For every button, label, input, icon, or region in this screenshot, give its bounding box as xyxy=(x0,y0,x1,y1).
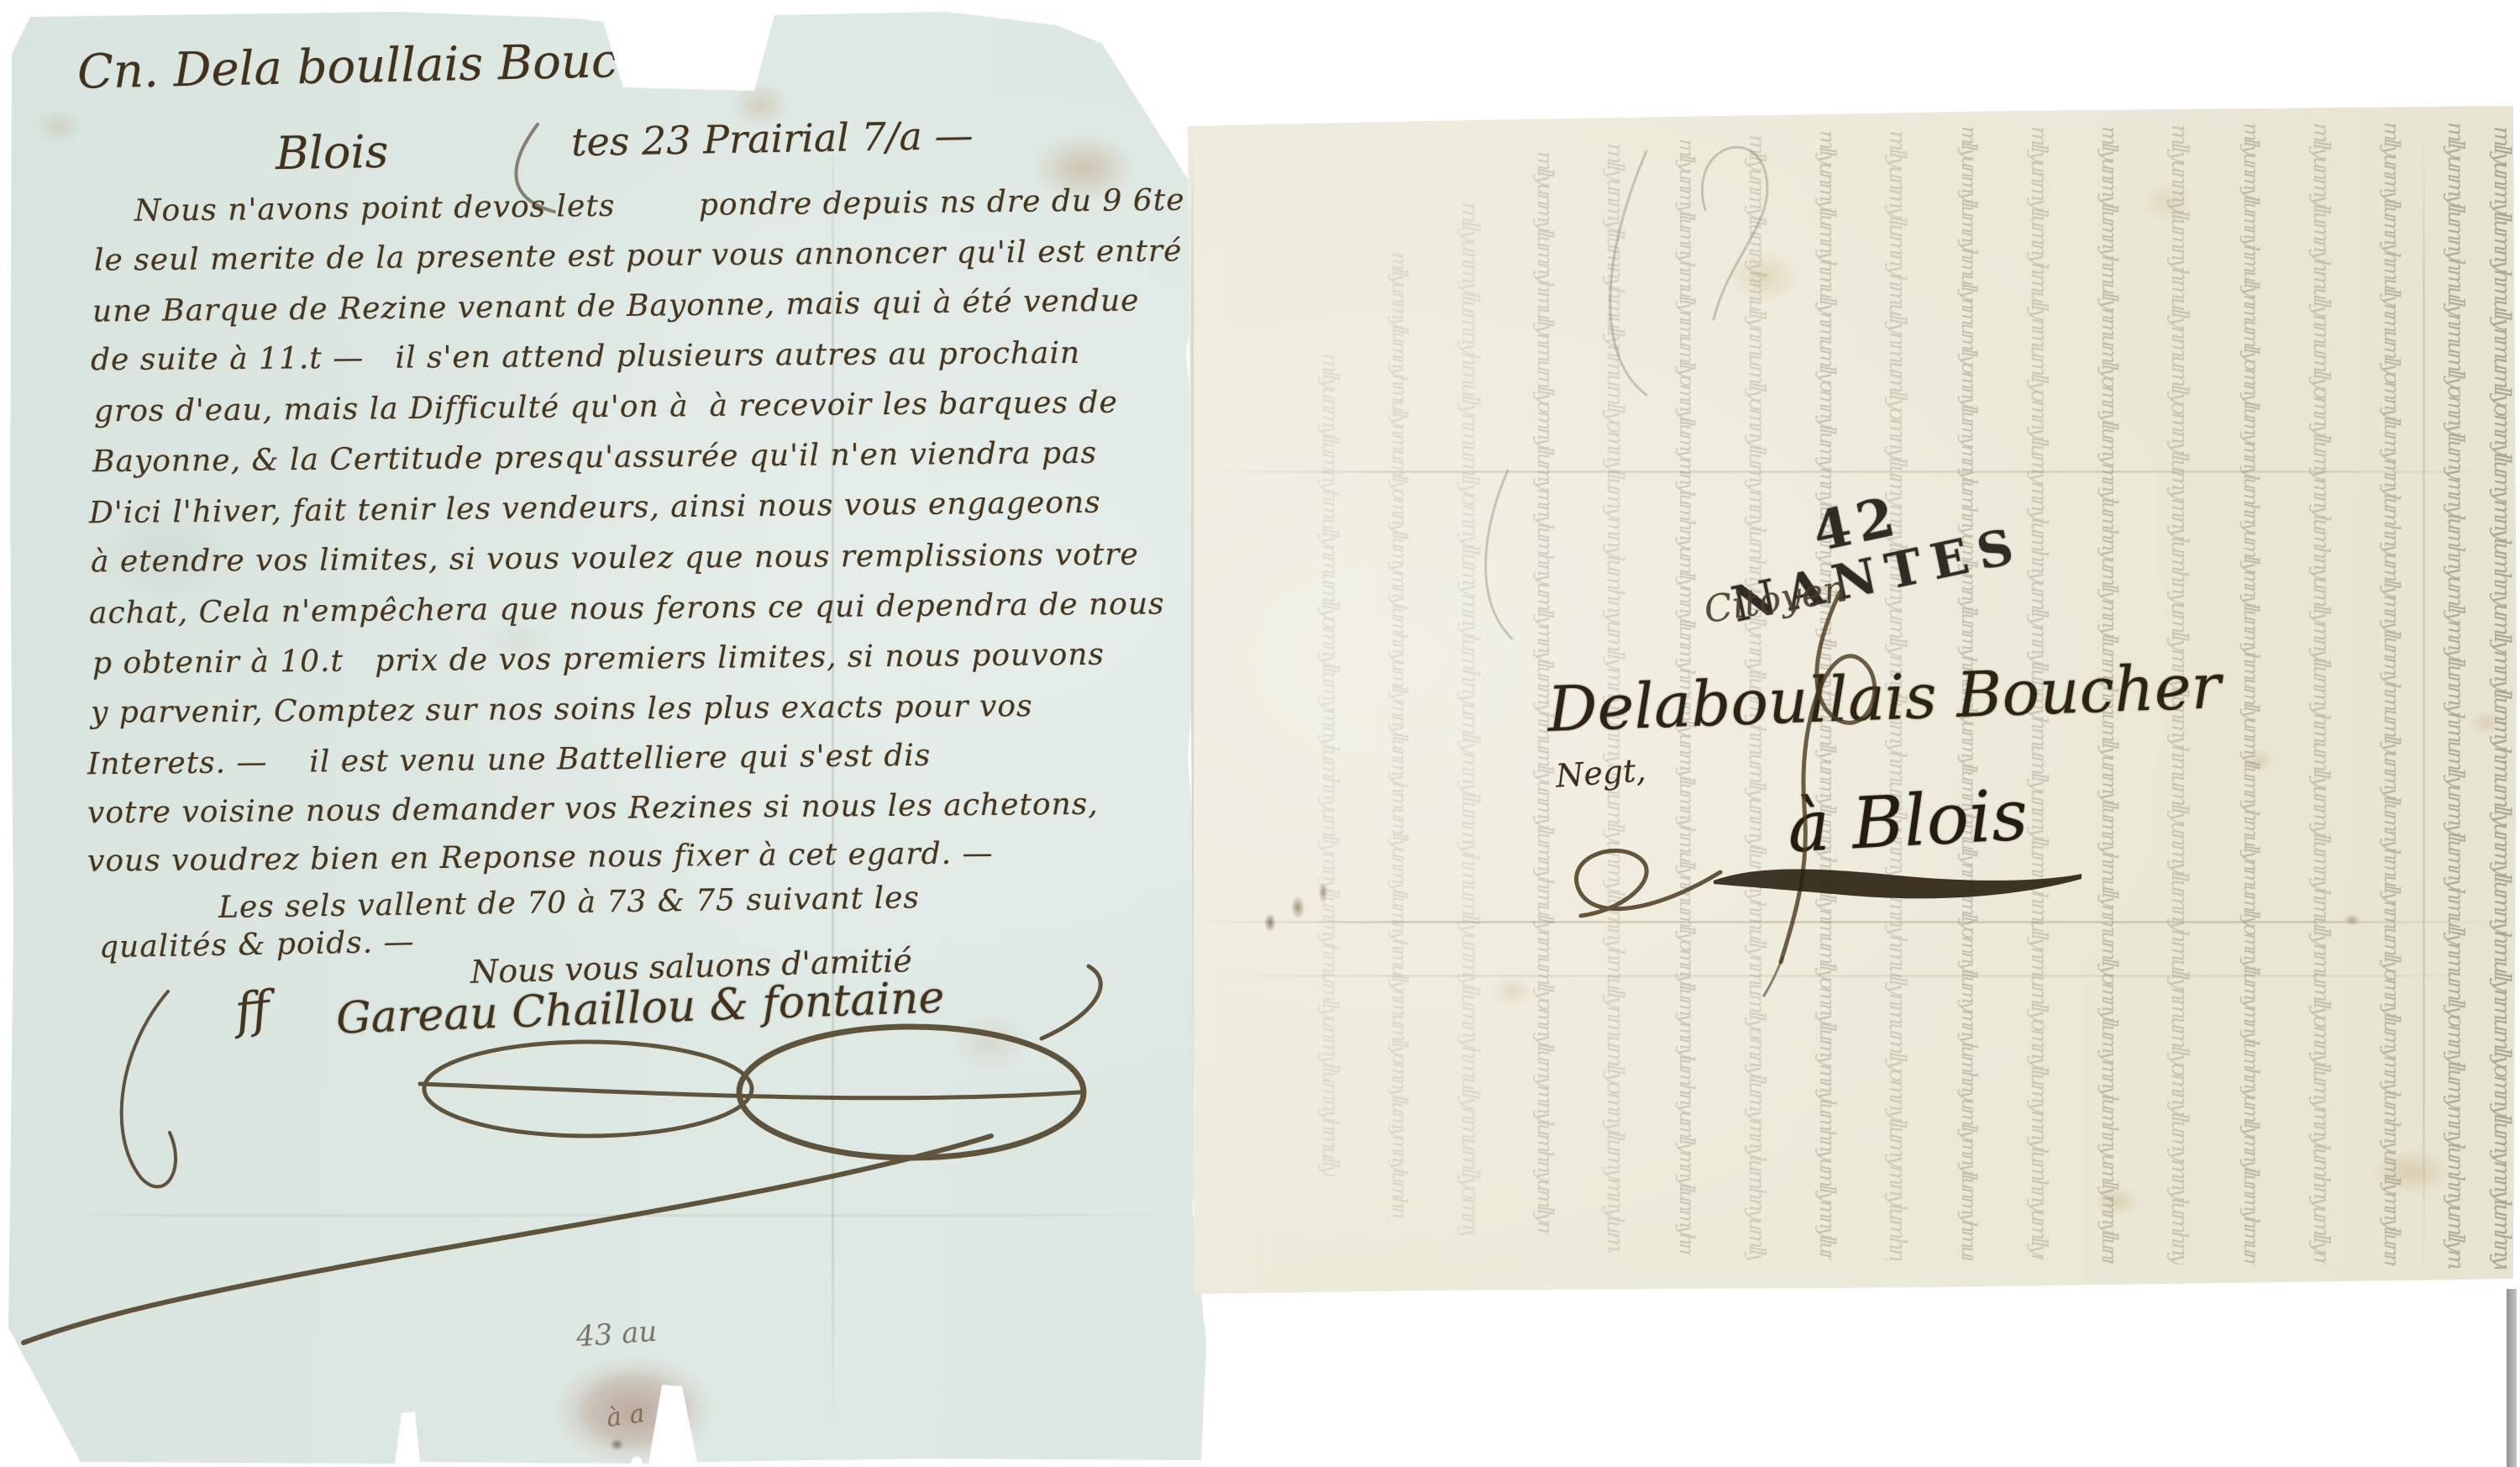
address-recipient-title: Negt, xyxy=(1555,751,1647,794)
showthrough-column: mllyunmyllumnyhmullynmumllyomnyllumymnyl… xyxy=(1310,353,1341,1176)
recipient-header-name: Cn. Dela boullais Boucher xyxy=(76,32,698,99)
body-line: de suite à 11.t — il s'en attend plusieu… xyxy=(91,336,1080,377)
body-line: p obtenir à 10.t prix de vos premiers li… xyxy=(92,638,1105,681)
right-fold-crease-top xyxy=(1193,471,2512,473)
body-line: y parvenir, Comptez sur nos soins les pl… xyxy=(91,689,1033,730)
scanner-edge-shadow xyxy=(2507,1289,2517,1467)
body-line: une Barque de Rezine venant de Bayonne, … xyxy=(92,283,1140,329)
signature-initial: ff xyxy=(233,980,273,1040)
right-fold-crease-vertical xyxy=(2423,126,2425,1277)
scanned-letter-canvas: Cn. Dela boullais Boucher Blois tes 23 P… xyxy=(0,0,2520,1467)
body-line: à etendre vos limites, si vous voulez qu… xyxy=(91,538,1139,580)
left-fold-crease-horizontal xyxy=(25,1214,1184,1217)
body-line: Interets. — il est venu une Battelliere … xyxy=(87,739,932,782)
docket-mark: à a xyxy=(605,1399,647,1433)
right-fold-crease-lower xyxy=(1191,975,2512,977)
showthrough-column: mllyunmyllumnyhmullynmumllyomnyllumymnyl… xyxy=(2436,122,2466,1269)
body-line: D'ici l'hiver, fait tenir les vendeurs, … xyxy=(89,486,1101,531)
body-line: Les sels vallent de 70 à 73 & 75 suivant… xyxy=(218,881,920,925)
signature-firm-name: Gareau Chaillou & fontaine xyxy=(335,972,945,1044)
body-line: vous voudrez bien en Reponse nous fixer … xyxy=(87,836,994,878)
docket-mark: 43 au xyxy=(575,1315,659,1354)
body-line: Nous n'avons point devos lets pondre dep… xyxy=(134,182,1226,229)
body-line: le seul merite de la presente est pour v… xyxy=(94,234,1183,277)
showthrough-column: mllyunmyllumnyhmullynmumllyomnyllumymnyl… xyxy=(2483,126,2513,1269)
body-line: qualités & poids. — xyxy=(99,925,415,965)
address-destination-city: à Blois xyxy=(1786,774,2030,869)
address-underline-stroke xyxy=(1714,869,2082,898)
right-fold-crease-middle xyxy=(1189,921,2513,923)
recipient-header-city: Blois xyxy=(275,125,389,180)
body-line: gros d'eau, mais la Difficulté qu'on à à… xyxy=(94,386,1118,429)
body-line: votre voisine nous demander vos Rezines … xyxy=(87,787,1099,831)
showthrough-column: mllyunmyllumnyhmullynmumllyomnyllumymnyl… xyxy=(2372,122,2402,1266)
body-line: achat, Cela n'empêchera que nous ferons … xyxy=(89,586,1165,630)
body-line: Bayonne, & la Certitude presqu'assurée q… xyxy=(92,436,1097,479)
showthrough-column: mllyunmyllumnyhmullynmumllyomnyllumymnyl… xyxy=(2302,123,2332,1265)
showthrough-column: mllyunmyllumnyhmullynmumllyomnyllumymnyl… xyxy=(1379,252,1410,1218)
dateline: tes 23 Prairial 7/a — xyxy=(571,113,974,165)
showthrough-column: mllyunmyllumnyhmullynmumllyomnyllumymnyl… xyxy=(1452,202,1482,1235)
address-recipient-name: Delaboullais Boucher xyxy=(1546,650,2222,746)
showthrough-column: mllyunmyllumnyhmullynmumllyomnyllumymnyl… xyxy=(2231,123,2261,1265)
